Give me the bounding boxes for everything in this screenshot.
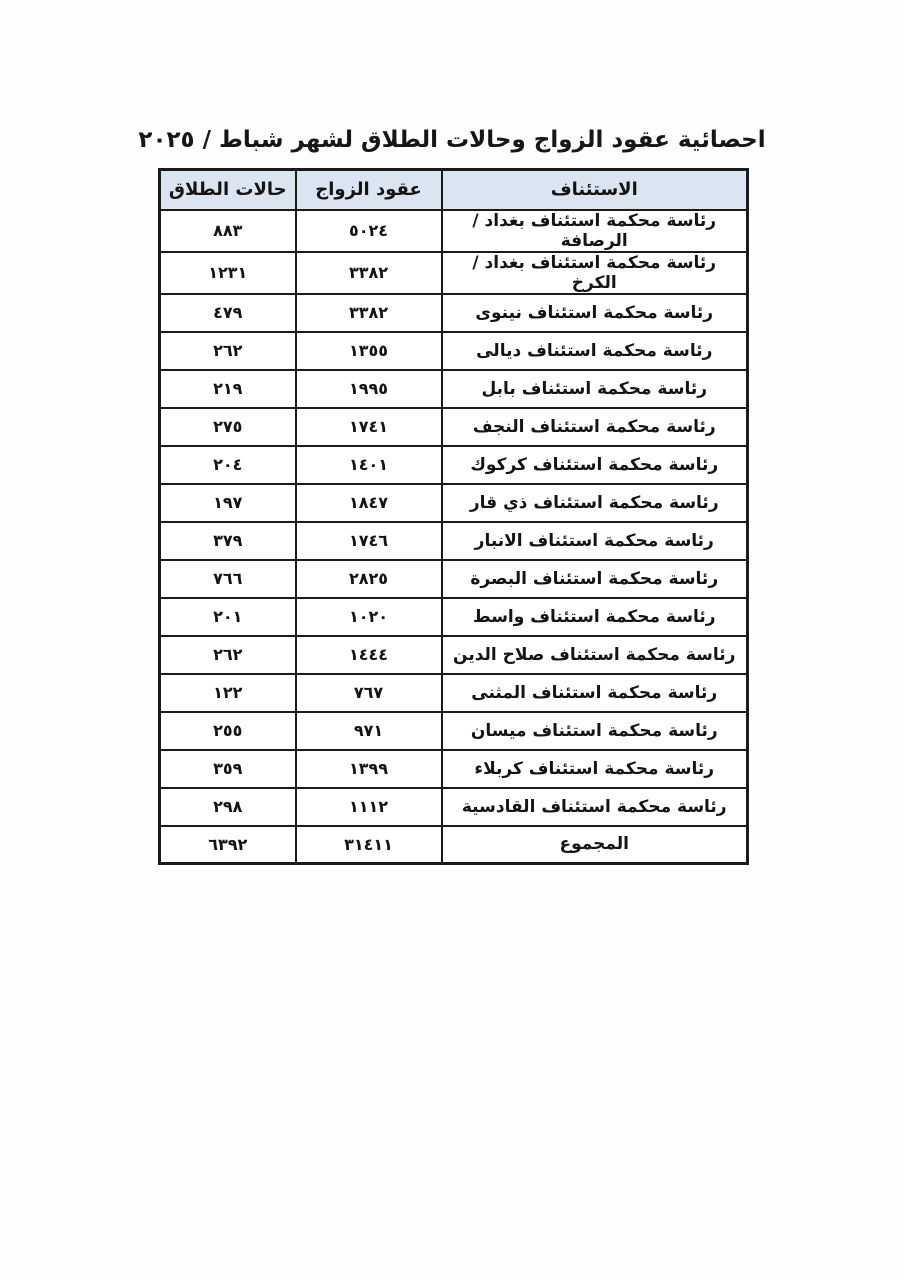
table-row: رئاسة محكمة استئناف ديالى١٣٥٥٢٦٢ [160, 332, 748, 370]
court-name-cell: رئاسة محكمة استئناف بغداد / الرصافة [442, 210, 748, 252]
table-row: رئاسة محكمة استئناف كركوك١٤٠١٢٠٤ [160, 446, 748, 484]
table-row: رئاسة محكمة استئناف واسط١٠٢٠٢٠١ [160, 598, 748, 636]
court-name-cell: رئاسة محكمة استئناف نينوى [442, 294, 748, 332]
marriage-count-cell: ٣٣٨٢ [296, 252, 442, 294]
divorce-count-cell: ٢٠١ [160, 598, 296, 636]
divorce-count-cell: ١٩٧ [160, 484, 296, 522]
header-row: الاستئناف عقود الزواج حالات الطلاق [160, 170, 748, 210]
marriage-count-cell: ١٧٤٦ [296, 522, 442, 560]
marriage-count-cell: ١٧٤١ [296, 408, 442, 446]
table-row: رئاسة محكمة استئناف صلاح الدين١٤٤٤٢٦٢ [160, 636, 748, 674]
header-court-column: الاستئناف [442, 170, 748, 210]
total-marriage-value: ٣١٤١١ [296, 826, 442, 864]
table-row: رئاسة محكمة استئناف الانبار١٧٤٦٣٧٩ [160, 522, 748, 560]
marriage-count-cell: ٢٨٢٥ [296, 560, 442, 598]
page-title: احصائية عقود الزواج وحالات الطلاق لشهر ش… [0, 127, 904, 153]
marriage-count-cell: ١٣٥٥ [296, 332, 442, 370]
divorce-count-cell: ٢٦٢ [160, 332, 296, 370]
divorce-count-cell: ٢٩٨ [160, 788, 296, 826]
court-name-cell: رئاسة محكمة استئناف البصرة [442, 560, 748, 598]
court-name-cell: رئاسة محكمة استئناف ديالى [442, 332, 748, 370]
header-marriage-column: عقود الزواج [296, 170, 442, 210]
marriage-count-cell: ٥٠٢٤ [296, 210, 442, 252]
court-name-cell: رئاسة محكمة استئناف صلاح الدين [442, 636, 748, 674]
marriage-count-cell: ١٤٠١ [296, 446, 442, 484]
divorce-count-cell: ٨٨٣ [160, 210, 296, 252]
court-name-cell: رئاسة محكمة استئناف النجف [442, 408, 748, 446]
marriage-count-cell: ١٨٤٧ [296, 484, 442, 522]
marriage-count-cell: ١١١٢ [296, 788, 442, 826]
court-name-cell: رئاسة محكمة استئناف بغداد / الكرخ [442, 252, 748, 294]
court-name-cell: رئاسة محكمة استئناف كركوك [442, 446, 748, 484]
divorce-count-cell: ٣٥٩ [160, 750, 296, 788]
marriage-count-cell: ٣٣٨٢ [296, 294, 442, 332]
total-row: المجموع ٣١٤١١ ٦٣٩٢ [160, 826, 748, 864]
divorce-count-cell: ٤٧٩ [160, 294, 296, 332]
marriage-count-cell: ١٠٢٠ [296, 598, 442, 636]
court-name-cell: رئاسة محكمة استئناف ذي قار [442, 484, 748, 522]
divorce-count-cell: ٢٦٢ [160, 636, 296, 674]
table-body: رئاسة محكمة استئناف بغداد / الرصافة٥٠٢٤٨… [160, 210, 748, 826]
table-row: رئاسة محكمة استئناف ذي قار١٨٤٧١٩٧ [160, 484, 748, 522]
table-row: رئاسة محكمة استئناف ميسان٩٧١٢٥٥ [160, 712, 748, 750]
total-divorce-value: ٦٣٩٢ [160, 826, 296, 864]
court-name-cell: رئاسة محكمة استئناف ميسان [442, 712, 748, 750]
marriage-count-cell: ١٤٤٤ [296, 636, 442, 674]
table-row: رئاسة محكمة استئناف نينوى٣٣٨٢٤٧٩ [160, 294, 748, 332]
marriage-count-cell: ٧٦٧ [296, 674, 442, 712]
court-name-cell: رئاسة محكمة استئناف الانبار [442, 522, 748, 560]
table-row: رئاسة محكمة استئناف القادسية١١١٢٢٩٨ [160, 788, 748, 826]
table-row: رئاسة محكمة استئناف كربلاء١٣٩٩٣٥٩ [160, 750, 748, 788]
total-label: المجموع [442, 826, 748, 864]
table-row: رئاسة محكمة استئناف بغداد / الرصافة٥٠٢٤٨… [160, 210, 748, 252]
table-row: رئاسة محكمة استئناف بغداد / الكرخ٣٣٨٢١٢٣… [160, 252, 748, 294]
divorce-count-cell: ٢٠٤ [160, 446, 296, 484]
marriage-count-cell: ١٩٩٥ [296, 370, 442, 408]
divorce-count-cell: ٣٧٩ [160, 522, 296, 560]
marriage-count-cell: ٩٧١ [296, 712, 442, 750]
court-name-cell: رئاسة محكمة استئناف المثنى [442, 674, 748, 712]
court-name-cell: رئاسة محكمة استئناف بابل [442, 370, 748, 408]
table-row: رئاسة محكمة استئناف البصرة٢٨٢٥٧٦٦ [160, 560, 748, 598]
divorce-count-cell: ١٢٣١ [160, 252, 296, 294]
table-row: رئاسة محكمة استئناف المثنى٧٦٧١٢٢ [160, 674, 748, 712]
divorce-count-cell: ٢٥٥ [160, 712, 296, 750]
court-name-cell: رئاسة محكمة استئناف كربلاء [442, 750, 748, 788]
header-divorce-column: حالات الطلاق [160, 170, 296, 210]
marriage-count-cell: ١٣٩٩ [296, 750, 442, 788]
divorce-count-cell: ٧٦٦ [160, 560, 296, 598]
court-name-cell: رئاسة محكمة استئناف واسط [442, 598, 748, 636]
statistics-table: الاستئناف عقود الزواج حالات الطلاق رئاسة… [158, 168, 749, 865]
document-page: احصائية عقود الزواج وحالات الطلاق لشهر ش… [0, 0, 904, 1280]
table-row: رئاسة محكمة استئناف النجف١٧٤١٢٧٥ [160, 408, 748, 446]
divorce-count-cell: ١٢٢ [160, 674, 296, 712]
divorce-count-cell: ٢٧٥ [160, 408, 296, 446]
table-row: رئاسة محكمة استئناف بابل١٩٩٥٢١٩ [160, 370, 748, 408]
divorce-count-cell: ٢١٩ [160, 370, 296, 408]
court-name-cell: رئاسة محكمة استئناف القادسية [442, 788, 748, 826]
